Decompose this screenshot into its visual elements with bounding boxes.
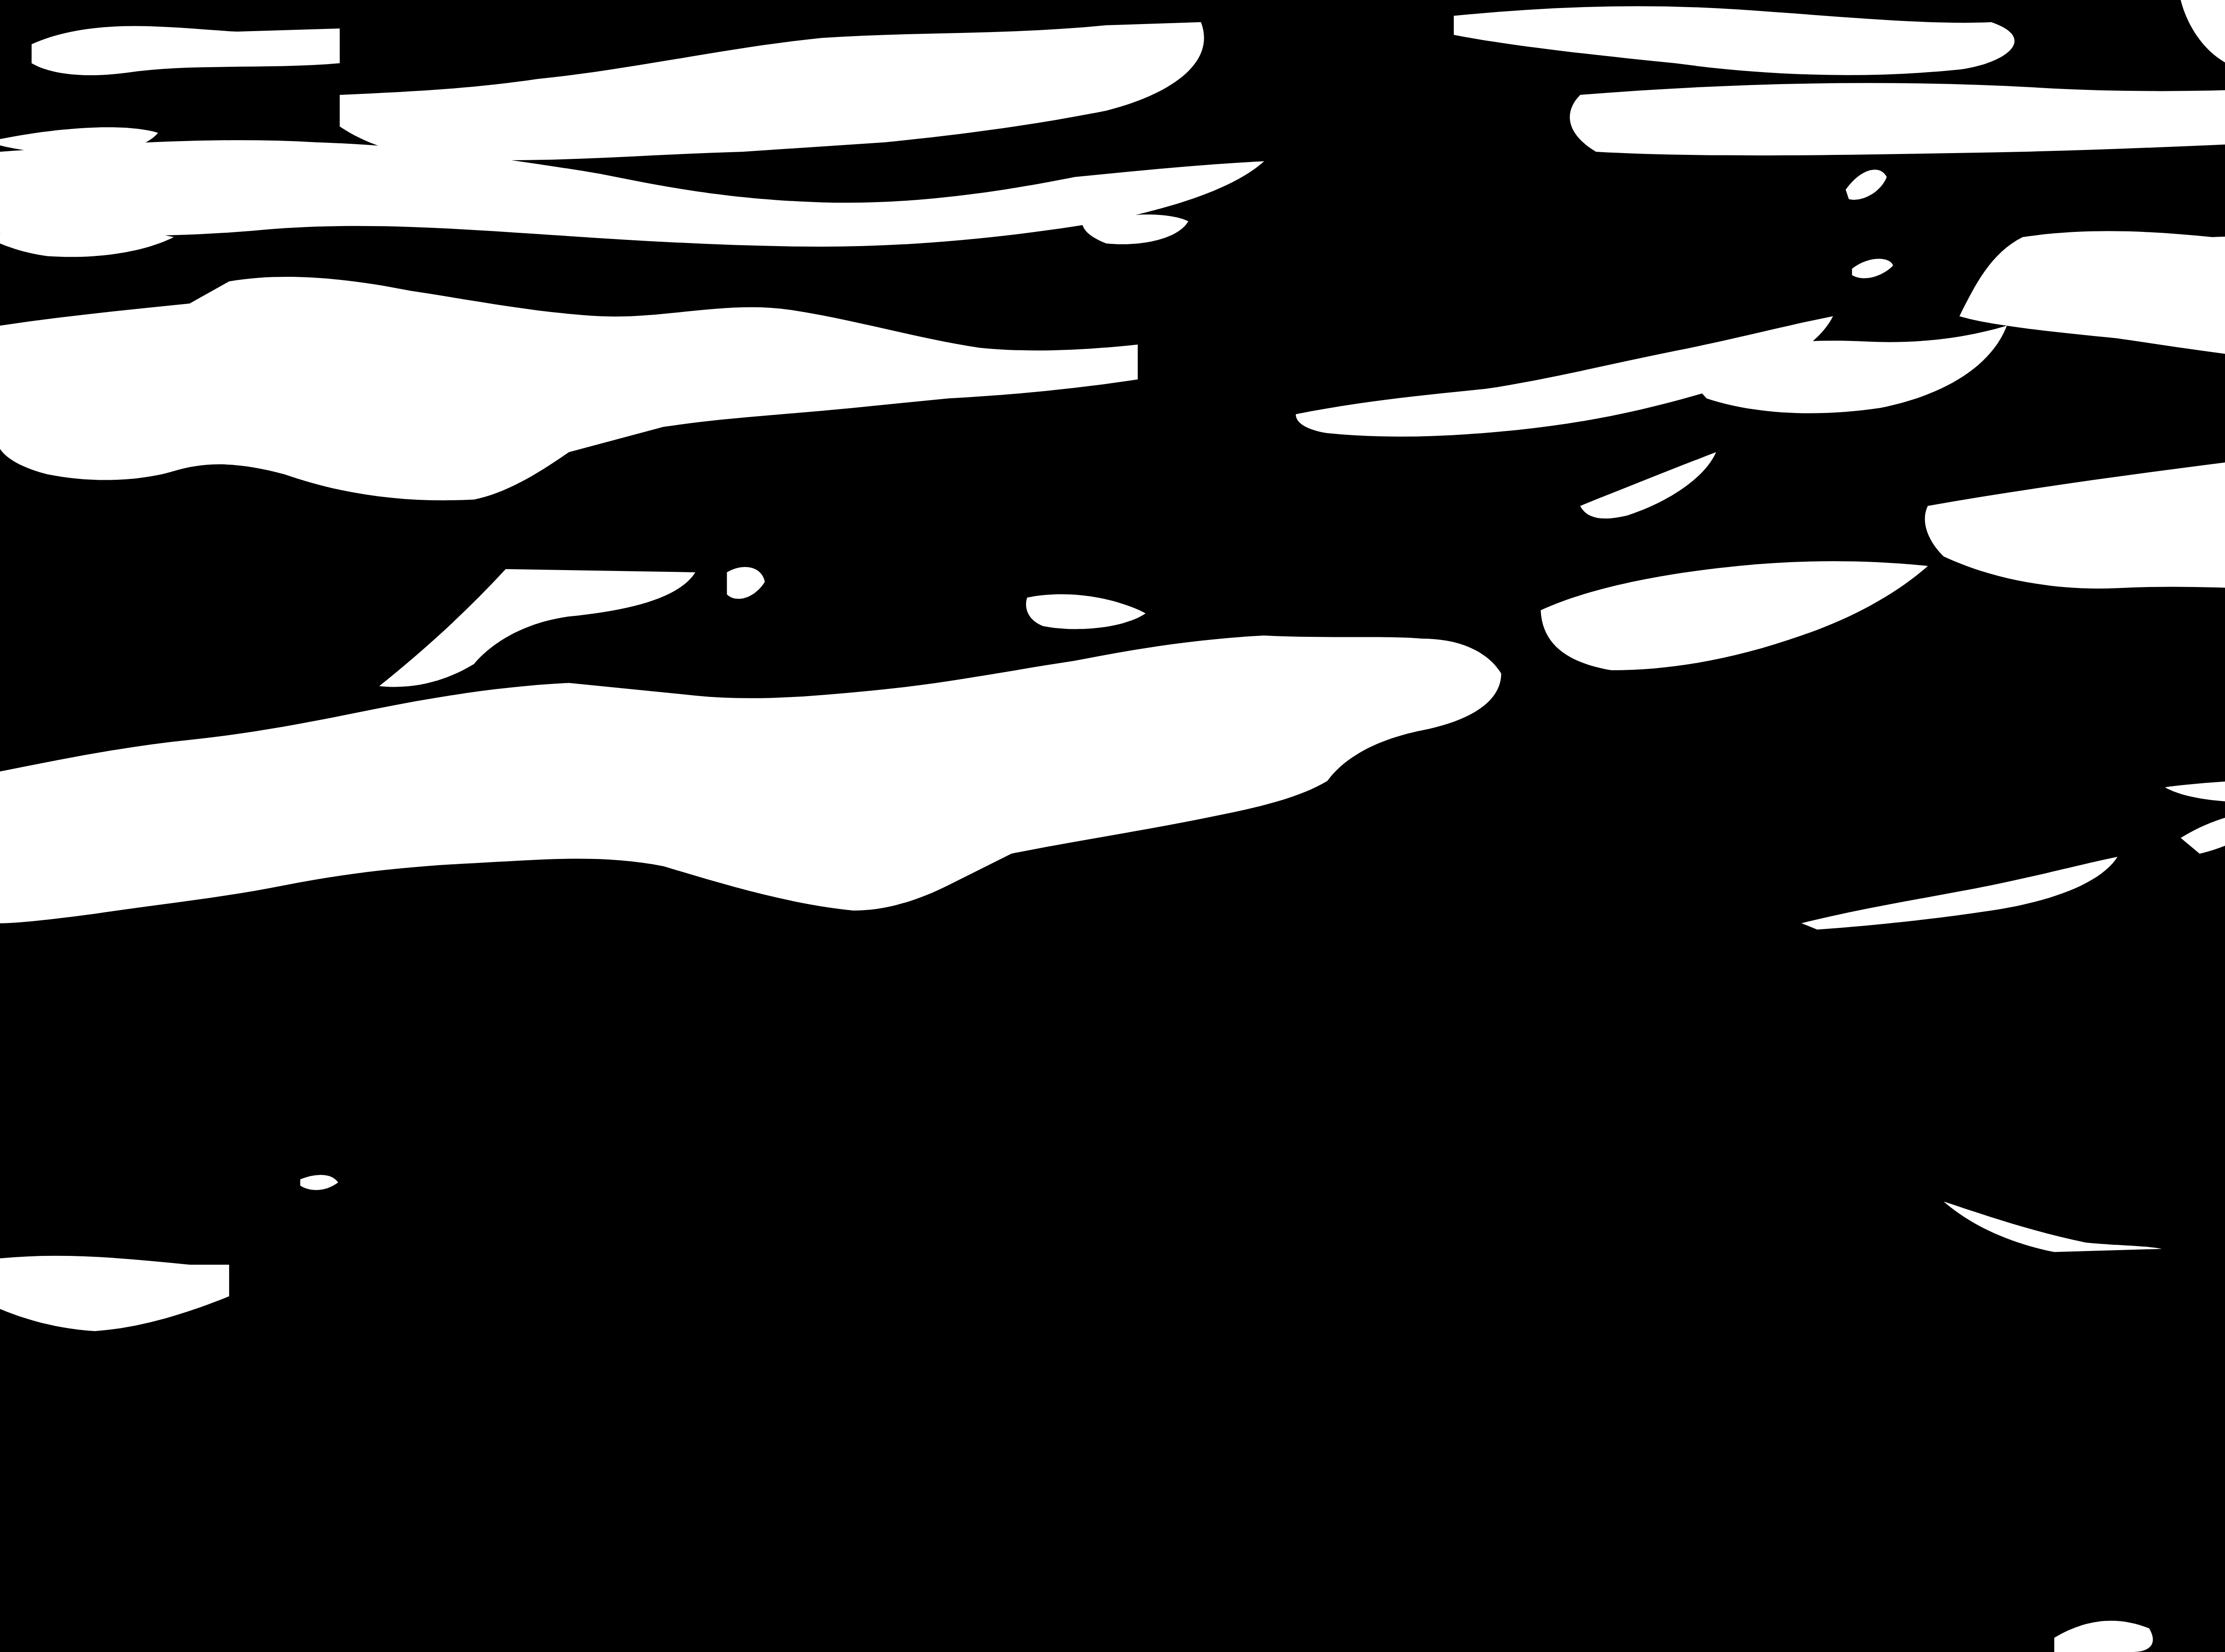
threshold-mask-image	[0, 0, 2225, 1652]
